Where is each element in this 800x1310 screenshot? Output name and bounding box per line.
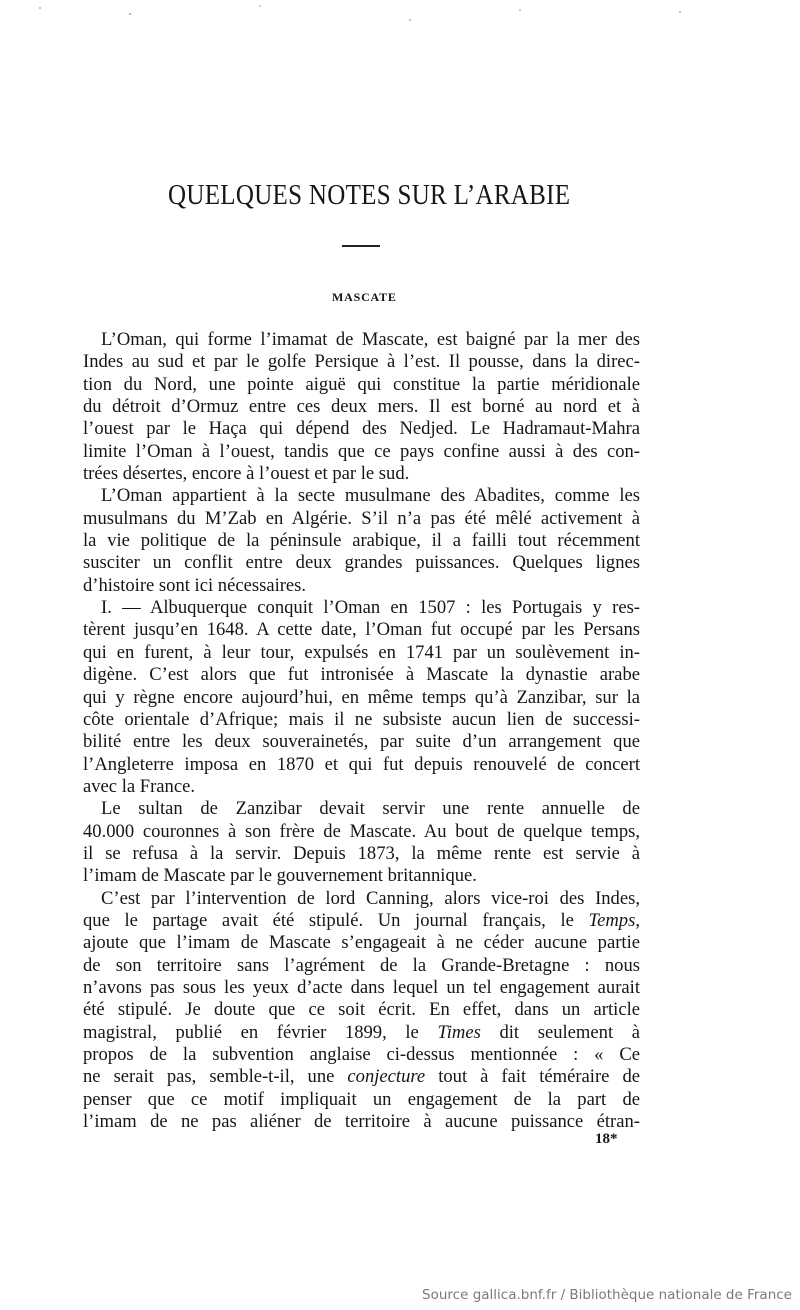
page-title: QUELQUES NOTES SUR L’ARABIE [168, 180, 568, 212]
text-line: I. — Albuquerque conquit l’Oman en 1507 … [83, 597, 640, 619]
text-line: ne serait pas, semble-t-il, une conjectu… [83, 1066, 640, 1088]
text-line: Indes au sud et par le golfe Persique à … [83, 351, 640, 373]
text-line: penser que ce motif impliquait un engage… [83, 1089, 640, 1111]
text-line: C’est par l’intervention de lord Canning… [83, 888, 640, 910]
text-line: Le sultan de Zanzibar devait servir une … [83, 798, 640, 820]
text-line: trées désertes, encore à l’ouest et par … [83, 463, 640, 485]
text-line: il se refusa à la servir. Depuis 1873, l… [83, 843, 640, 865]
text-line: ajoute que l’imam de Mascate s’engageait… [83, 932, 640, 954]
text-line: qui y règne encore aujourd’hui, en même … [83, 687, 640, 709]
text-line: que le partage avait été stipulé. Un jou… [83, 910, 640, 932]
text-line: l’imam de ne pas aliéner de territoire à… [83, 1111, 640, 1133]
paragraph: Le sultan de Zanzibar devait servir une … [83, 798, 640, 887]
text-line: l’ouest par le Haça qui dépend des Nedje… [83, 418, 640, 440]
text-line: d’histoire sont ici nécessaires. [83, 575, 640, 597]
paragraph: L’Oman, qui forme l’imamat de Mascate, e… [83, 329, 640, 485]
text-line: limite l’Oman à l’ouest, tandis que ce p… [83, 441, 640, 463]
scan-noise [0, 0, 800, 50]
text-line: magistral, publié en février 1899, le Ti… [83, 1022, 640, 1044]
text-line: 40.000 couronnes à son frère de Mascate.… [83, 821, 640, 843]
paragraph: I. — Albuquerque conquit l’Oman en 1507 … [83, 597, 640, 798]
source-credit: Source gallica.bnf.fr / Bibliothèque nat… [422, 1287, 792, 1303]
text-line: propos de la subvention anglaise ci-dess… [83, 1044, 640, 1066]
text-line: L’Oman appartient à la secte musulmane d… [83, 485, 640, 507]
text-line: été stipulé. Je doute que ce soit écrit.… [83, 999, 640, 1021]
text-line: l’imam de Mascate par le gouvernement br… [83, 865, 640, 887]
text-line: la vie politique de la péninsule arabiqu… [83, 530, 640, 552]
text-line: qui en furent, à leur tour, expulsés en … [83, 642, 640, 664]
article-body: L’Oman, qui forme l’imamat de Mascate, e… [83, 329, 640, 1133]
text-line: de son territoire sans l’agrément de la … [83, 955, 640, 977]
text-line: bilité entre les deux souverainetés, par… [83, 731, 640, 753]
text-line: musulmans du M’Zab en Algérie. S’il n’a … [83, 508, 640, 530]
text-line: digène. C’est alors que fut intronisée à… [83, 664, 640, 686]
text-line: avec la France. [83, 776, 640, 798]
section-heading: MASCATE [332, 290, 397, 305]
paragraph: C’est par l’intervention de lord Canning… [83, 888, 640, 1134]
text-line: l’Angleterre imposa en 1870 et qui fut d… [83, 754, 640, 776]
text-line: n’avons pas sous les yeux d’acte dans le… [83, 977, 640, 999]
text-line: tion du Nord, une pointe aiguë qui const… [83, 374, 640, 396]
page-number: 18* [595, 1131, 618, 1148]
title-divider [342, 245, 380, 247]
text-line: tèrent jusqu’en 1648. A cette date, l’Om… [83, 619, 640, 641]
paragraph: L’Oman appartient à la secte musulmane d… [83, 485, 640, 597]
text-line: du détroit d’Ormuz entre ces deux mers. … [83, 396, 640, 418]
text-line: susciter un conflit entre deux grandes p… [83, 552, 640, 574]
text-line: L’Oman, qui forme l’imamat de Mascate, e… [83, 329, 640, 351]
text-line: côte orientale d’Afrique; mais il ne sub… [83, 709, 640, 731]
